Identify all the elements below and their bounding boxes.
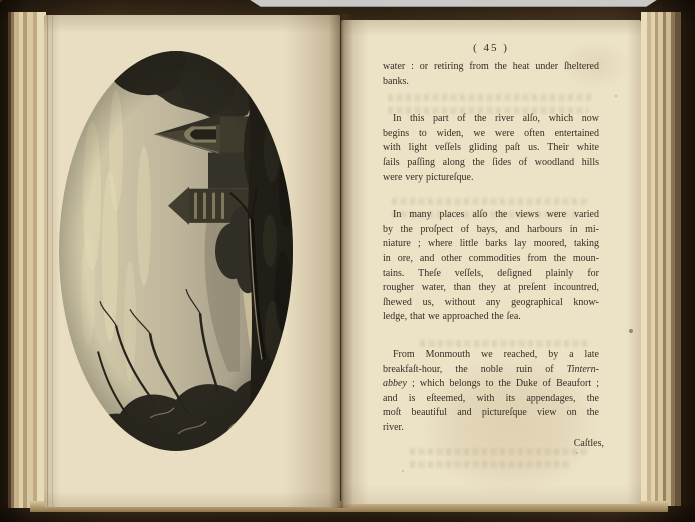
paragraph: In many places alſo the views were varie… xyxy=(383,208,599,325)
page-number: ( 45 ) xyxy=(383,42,599,54)
fore-edge-right xyxy=(641,12,681,506)
text-line: tains. Theſe veſſels, deſigned plainly f… xyxy=(383,267,599,282)
book-photo: ( 45 ) water : or retiring from the heat… xyxy=(0,0,695,522)
text-segment: Tintern- xyxy=(567,364,599,375)
plate-vignette xyxy=(59,51,293,451)
text-line: with light veſſels gliding paſt us. Thei… xyxy=(383,141,599,156)
text-line: abbey ; which belongs to the Duke of Bea… xyxy=(383,377,599,392)
text-line: ſails paſſing along the ſides of woodlan… xyxy=(383,156,599,171)
text-segment: breakfaſt-hour, the noble ruin of xyxy=(383,364,567,375)
text-segment: abbey xyxy=(383,378,407,389)
under-page-edge xyxy=(52,15,53,507)
text-block: water : or retiring from the heat under … xyxy=(383,60,599,435)
text-line: water : or retiring from the heat under … xyxy=(383,60,599,75)
text-line: niature ; where little barks lay moored,… xyxy=(383,237,599,252)
text-line: ledge, that we approached the ſea. xyxy=(383,310,599,325)
text-line: From Monmouth we reached, by a late xyxy=(383,348,599,363)
fore-edge-left xyxy=(8,12,46,508)
text-column: ( 45 ) water : or retiring from the heat… xyxy=(383,42,599,451)
text-line: begins to widen, we were often entertain… xyxy=(383,127,599,142)
text-line: and is eſteemed, with its appendages, th… xyxy=(383,392,599,407)
paragraph: In this part of the river alſo, which no… xyxy=(383,112,599,185)
gutter-shadow xyxy=(329,14,353,508)
text-line: ſhewed us, without any geographical know… xyxy=(383,296,599,311)
under-page-edge xyxy=(47,15,48,507)
text-line: by the proſpect of bays, and harbours in… xyxy=(383,223,599,238)
text-line: river. xyxy=(383,421,599,436)
foxing-specks xyxy=(0,0,2,2)
text-segment: ; which belongs to the Duke of Beaufort … xyxy=(407,378,599,389)
text-line: banks. xyxy=(383,75,599,90)
text-line: rougher water, than they at preſent inco… xyxy=(383,281,599,296)
bleed-through-ghost xyxy=(410,461,570,468)
catchword: Caſtles, xyxy=(383,437,604,451)
text-line: breakfaſt-hour, the noble ruin of Tinter… xyxy=(383,363,599,378)
paragraph: From Monmouth we reached, by a latebreak… xyxy=(383,348,599,436)
paragraph: water : or retiring from the heat under … xyxy=(383,60,599,89)
text-line: In many places alſo the views were varie… xyxy=(383,208,599,223)
text-line: were very pictureſque. xyxy=(383,171,599,186)
text-line: moſt beautiful and pictureſque view on t… xyxy=(383,406,599,421)
text-line: In this part of the river alſo, which no… xyxy=(383,112,599,127)
text-line: in ore, and other commodities from the m… xyxy=(383,252,599,267)
abbey-illustration xyxy=(58,50,294,452)
